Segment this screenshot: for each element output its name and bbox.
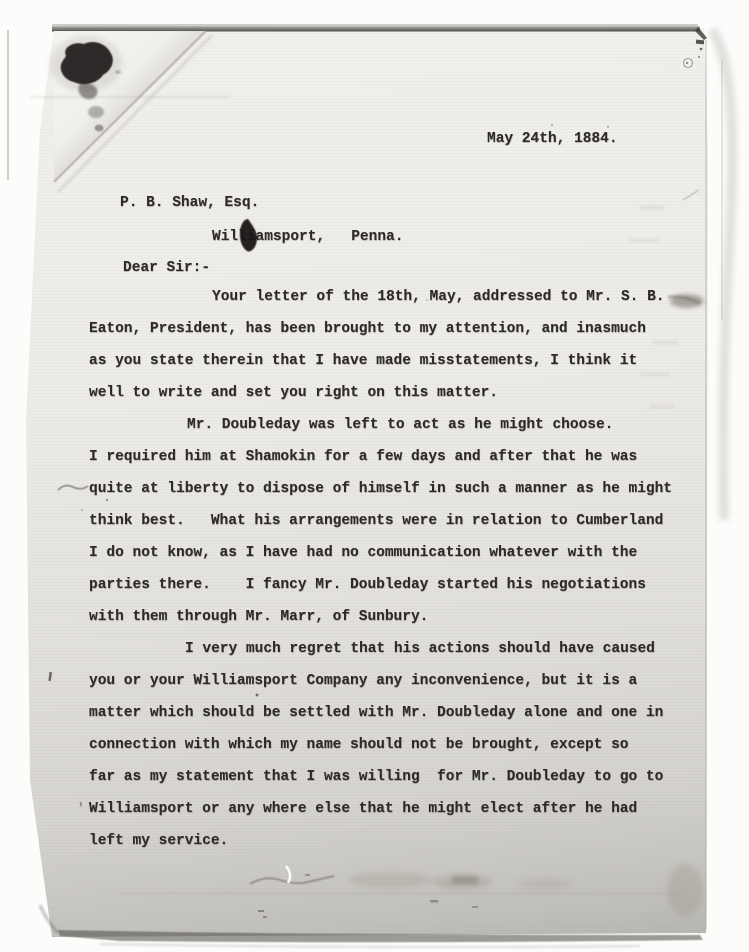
letter-line: Your letter of the 18th, May, addressed … xyxy=(89,281,672,313)
letter-line: connection with which my name should not… xyxy=(89,729,672,761)
letter-line: I do not know, as I have had no communic… xyxy=(89,537,672,569)
letter-line: quite at liberty to dispose of himself i… xyxy=(89,473,672,505)
recipient-name: P. B. Shaw, Esq. xyxy=(120,187,259,219)
letter-line: as you state therein that I have made mi… xyxy=(89,345,672,377)
letter-date: May 24th, 1884. xyxy=(487,123,618,155)
letter-line: far as my statement that I was willing f… xyxy=(89,761,672,793)
letter-line: I required him at Shamokin for a few day… xyxy=(89,441,672,473)
letter-line: matter which should be settled with Mr. … xyxy=(89,697,672,729)
letter-text: May 24th, 1884. P. B. Shaw, Esq. William… xyxy=(0,0,749,952)
salutation: Dear Sir:- xyxy=(123,252,210,284)
letter-line: Williamsport or any where else that he m… xyxy=(89,793,672,825)
recipient-address: Williamsport, Penna. xyxy=(212,221,403,253)
letter-line: think best. What his arrangements were i… xyxy=(89,505,672,537)
letter-body: Your letter of the 18th, May, addressed … xyxy=(89,281,672,857)
letter-line: Mr. Doubleday was left to act as he migh… xyxy=(89,409,672,441)
letter-line: with them through Mr. Marr, of Sunbury. xyxy=(89,601,672,633)
scanned-letter-image: May 24th, 1884. P. B. Shaw, Esq. William… xyxy=(0,0,749,952)
letter-line: parties there. I fancy Mr. Doubleday sta… xyxy=(89,569,672,601)
letter-line: you or your Williamsport Company any inc… xyxy=(89,665,672,697)
letter-line: well to write and set you right on this … xyxy=(89,377,672,409)
letter-line: I very much regret that his actions shou… xyxy=(89,633,672,665)
letter-line: left my service. xyxy=(89,825,672,857)
letter-line: Eaton, President, has been brought to my… xyxy=(89,313,672,345)
